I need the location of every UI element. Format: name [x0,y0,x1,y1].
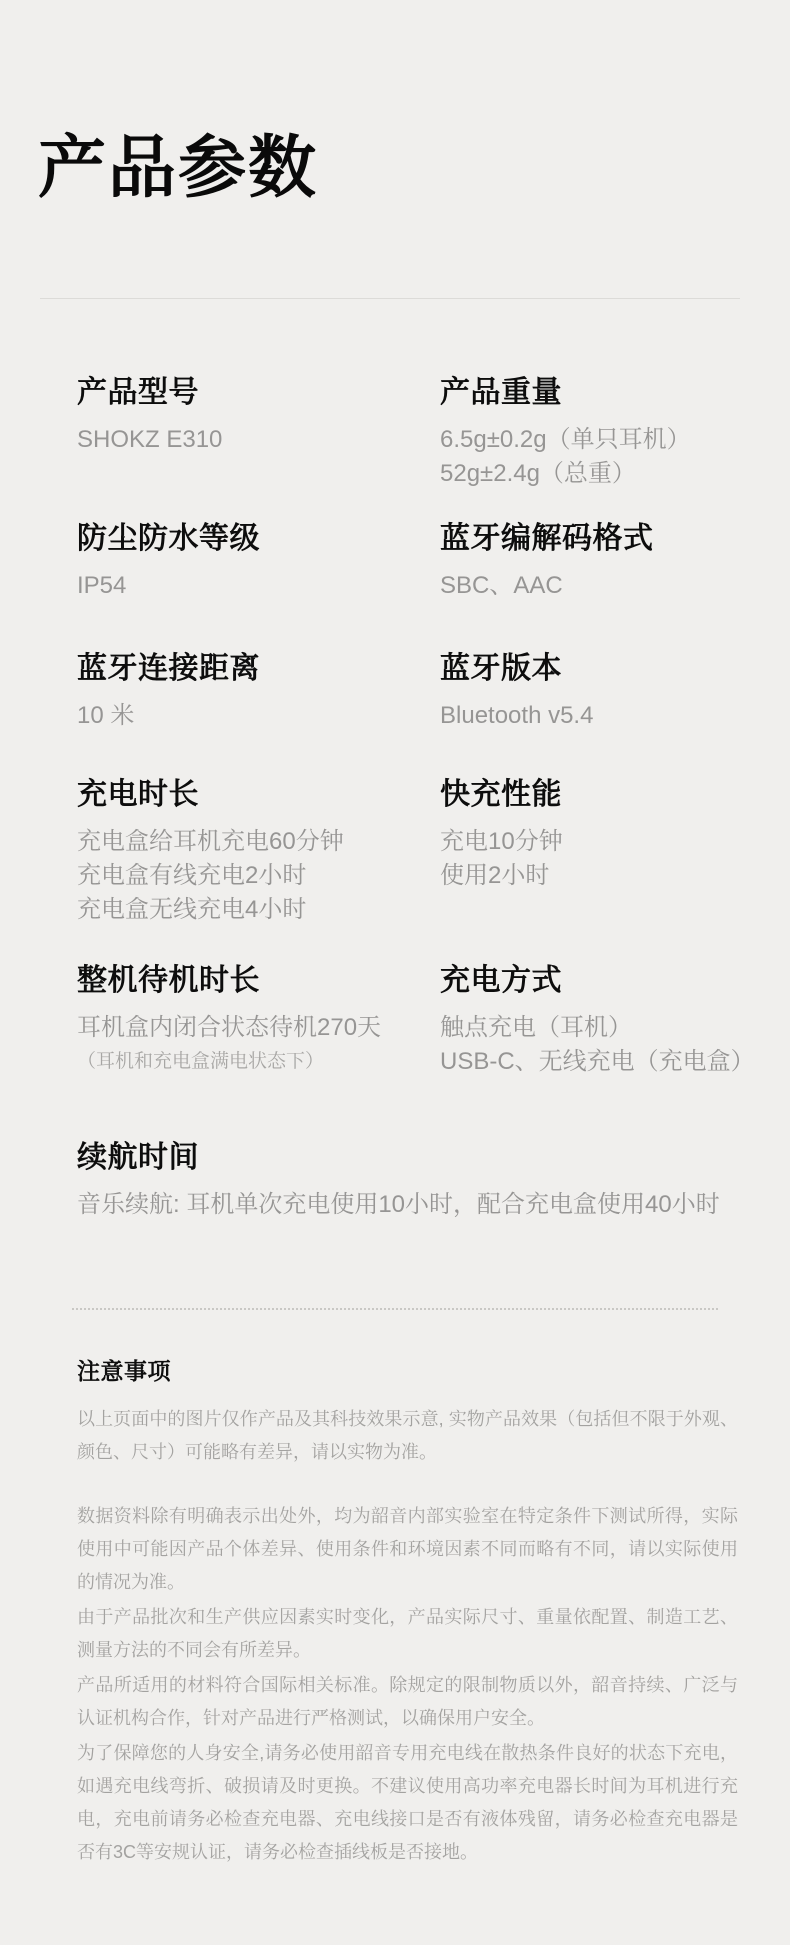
spec-item-fast-charge: 快充性能 充电10分钟 使用2小时 [440,776,748,927]
spec-label: 充电时长 [77,776,440,814]
page-title: 产品参数 [38,126,318,210]
spec-value: 音乐续航: 耳机单次充电使用10小时，配合充电盒使用40小时 [77,1188,748,1222]
spec-value: SHOKZ E310 [77,423,440,457]
spec-value: 耳机盒内闭合状态待机270天 [77,1011,440,1045]
spec-value: SBC、AAC [440,569,748,603]
spec-label: 产品型号 [77,374,440,412]
spec-value: 6.5g±0.2g（单只耳机） [440,423,748,457]
spec-value: 52g±2.4g（总重） [440,457,748,491]
spec-label: 蓝牙版本 [440,650,748,688]
spec-value: 充电盒给耳机充电60分钟 [77,825,440,859]
spec-item-bt-version: 蓝牙版本 Bluetooth v5.4 [440,650,748,733]
spec-item-model: 产品型号 SHOKZ E310 [77,374,440,491]
spec-value: 10 米 [77,699,440,733]
spec-label: 产品重量 [440,374,748,412]
notes-title: 注意事项 [77,1356,738,1386]
spec-value: 充电盒有线充电2小时 [77,859,440,893]
spec-value: 充电10分钟 [440,825,748,859]
spec-label: 整机待机时长 [77,962,440,1000]
spec-value: 充电盒无线充电4小时 [77,893,440,927]
spec-label: 续航时间 [77,1139,748,1177]
spec-item-charge-method: 充电方式 触点充电（耳机） USB-C、无线充电（充电盒） [440,962,755,1079]
product-spec-page: 产品参数 产品型号 SHOKZ E310 产品重量 6.5g±0.2g（单只耳机… [0,0,790,1945]
note-paragraph: 以上页面中的图片仅作产品及其科技效果示意, 实物产品效果（包括但不限于外观、颜色… [77,1403,738,1469]
spec-label: 蓝牙连接距离 [77,650,440,688]
spec-label: 防尘防水等级 [77,520,440,558]
spec-item-bt-range: 蓝牙连接距离 10 米 [77,650,440,733]
spec-value: USB-C、无线充电（充电盒） [440,1045,755,1079]
spec-row: 整机待机时长 耳机盒内闭合状态待机270天 （耳机和充电盒满电状态下） 充电方式… [77,962,748,1079]
note-paragraph: 为了保障您的人身安全,请务必使用韶音专用充电线在散热条件良好的状态下充电，如遇充… [77,1737,738,1869]
spec-item-charge-time: 充电时长 充电盒给耳机充电60分钟 充电盒有线充电2小时 充电盒无线充电4小时 [77,776,440,927]
divider-dotted [72,1308,718,1310]
spec-row: 防尘防水等级 IP54 蓝牙编解码格式 SBC、AAC [77,520,748,603]
spec-value: IP54 [77,569,440,603]
spec-value: 触点充电（耳机） [440,1011,755,1045]
spec-item-battery-life: 续航时间 音乐续航: 耳机单次充电使用10小时，配合充电盒使用40小时 [77,1139,748,1222]
spec-item-ip-rating: 防尘防水等级 IP54 [77,520,440,603]
spec-row: 续航时间 音乐续航: 耳机单次充电使用10小时，配合充电盒使用40小时 [77,1139,748,1222]
spec-label: 快充性能 [440,776,748,814]
divider-solid [40,298,740,299]
spec-value: Bluetooth v5.4 [440,699,748,733]
note-paragraph: 数据资料除有明确表示出处外，均为韶音内部实验室在特定条件下测试所得，实际使用中可… [77,1500,738,1599]
note-paragraph: 产品所适用的材料符合国际相关标准。除规定的限制物质以外，韶音持续、广泛与认证机构… [77,1669,738,1735]
spec-item-standby: 整机待机时长 耳机盒内闭合状态待机270天 （耳机和充电盒满电状态下） [77,962,440,1079]
spec-item-codec: 蓝牙编解码格式 SBC、AAC [440,520,748,603]
spec-row: 充电时长 充电盒给耳机充电60分钟 充电盒有线充电2小时 充电盒无线充电4小时 … [77,776,748,927]
note-paragraph: 由于产品批次和生产供应因素实时变化，产品实际尺寸、重量依配置、制造工艺、测量方法… [77,1601,738,1667]
spec-label: 蓝牙编解码格式 [440,520,748,558]
spec-footnote: （耳机和充电盒满电状态下） [77,1047,440,1077]
spec-item-weight: 产品重量 6.5g±0.2g（单只耳机） 52g±2.4g（总重） [440,374,748,491]
spec-value: 使用2小时 [440,859,748,893]
spec-row: 蓝牙连接距离 10 米 蓝牙版本 Bluetooth v5.4 [77,650,748,733]
notes-section: 注意事项 以上页面中的图片仅作产品及其科技效果示意, 实物产品效果（包括但不限于… [77,1356,738,1871]
spec-row: 产品型号 SHOKZ E310 产品重量 6.5g±0.2g（单只耳机） 52g… [77,374,748,491]
spec-label: 充电方式 [440,962,755,1000]
